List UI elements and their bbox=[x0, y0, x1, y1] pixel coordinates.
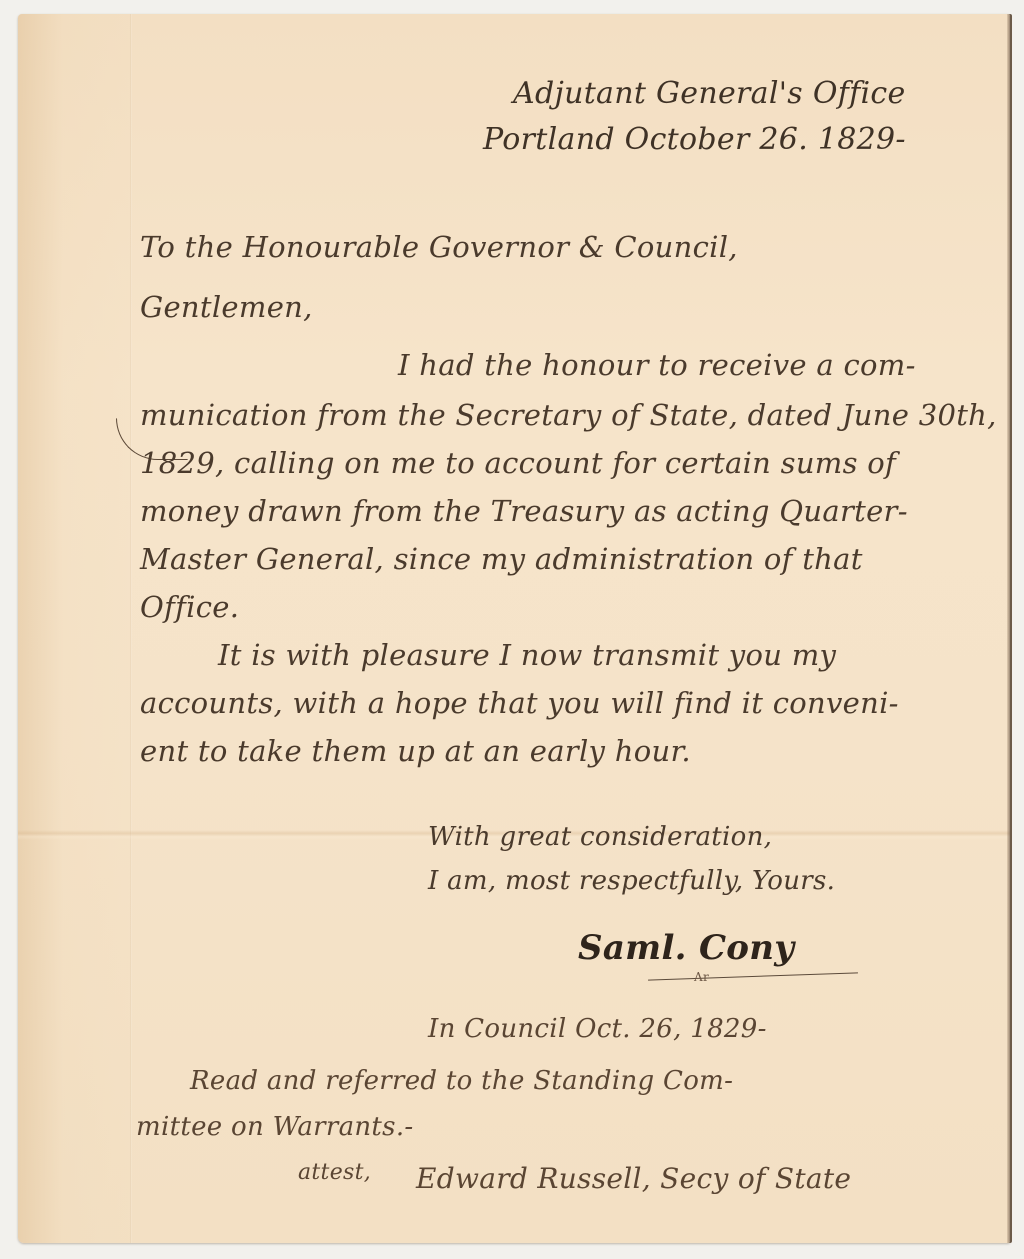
endorsement-line-1: In Council Oct. 26, 1829- bbox=[428, 1014, 767, 1044]
signature-annotation: Ar bbox=[694, 970, 709, 984]
body-line-9: ent to take them up at an early hour. bbox=[140, 734, 691, 768]
page-edge-shadow bbox=[1007, 14, 1010, 1243]
body-line-6: Office. bbox=[140, 590, 239, 624]
office-heading: Adjutant General's Office bbox=[513, 76, 906, 111]
letter-page: Adjutant General's Office Portland Octob… bbox=[18, 14, 1010, 1243]
body-line-5: Master General, since my administration … bbox=[140, 542, 863, 576]
signature: Saml. Cony bbox=[578, 928, 794, 968]
place-date-line: Portland October 26. 1829- bbox=[483, 122, 906, 157]
attest-signature: Edward Russell, Secy of State bbox=[416, 1162, 851, 1195]
body-line-4: money drawn from the Treasury as acting … bbox=[140, 494, 908, 528]
vertical-fold-crease bbox=[130, 14, 132, 1243]
endorsement-line-2: Read and referred to the Standing Com- bbox=[190, 1066, 733, 1096]
closing-line-1: With great consideration, bbox=[428, 822, 772, 852]
endorsement-line-3: mittee on Warrants.- bbox=[136, 1112, 413, 1142]
attest-label: attest, bbox=[298, 1160, 371, 1185]
addressee-line: To the Honourable Governor & Council, bbox=[140, 230, 738, 264]
signature-underline bbox=[648, 972, 858, 980]
body-line-1: I had the honour to receive a com- bbox=[398, 348, 916, 382]
body-line-8: accounts, with a hope that you will find… bbox=[140, 686, 899, 720]
body-line-7: It is with pleasure I now transmit you m… bbox=[218, 638, 836, 672]
closing-line-2: I am, most respectfully, Yours. bbox=[428, 866, 835, 896]
greeting-line: Gentlemen, bbox=[140, 290, 313, 324]
body-line-3: 1829, calling on me to account for certa… bbox=[140, 446, 896, 480]
body-line-2: munication from the Secretary of State, … bbox=[140, 398, 997, 432]
